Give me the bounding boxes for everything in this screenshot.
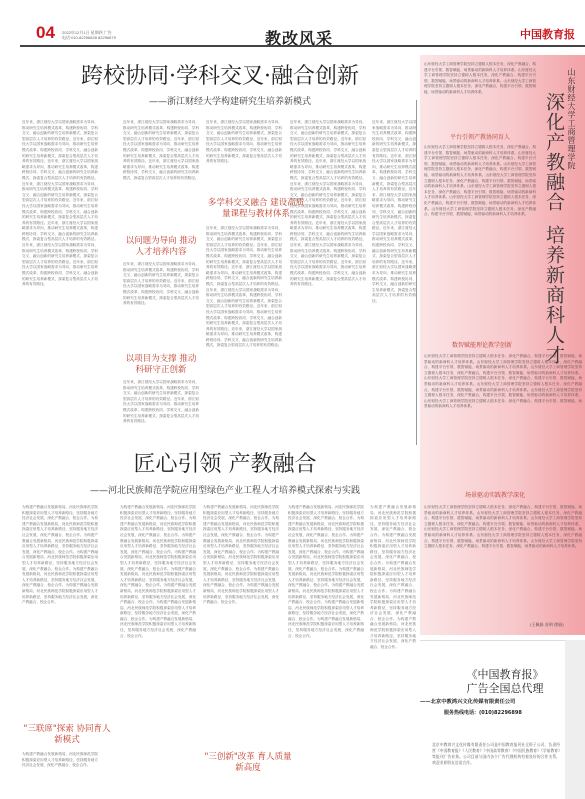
sidebar-col-b: 山东财经大学工商管理学院坚持立德树人根本任务，深化产教融合，构建平台引领、数智赋… xyxy=(424,145,536,315)
article2-col1b: 为构建产教融合发展新格局，河北民族师范学院积极探索应用型人才培养新路径，坚持服务… xyxy=(22,752,98,799)
article1-col2c: 近年来，浙江财经大学以国家战略需求为导向，推动研究生培养模式改革，构建跨校协同、… xyxy=(123,380,199,440)
sidebar-subhead-1: 平台引领产教协同育人 xyxy=(450,132,510,141)
article1-subhead-3: 以项目为支撑 推动科研守正创新 xyxy=(123,354,199,376)
newspaper-logo[interactable]: 中国教育报 xyxy=(520,26,575,42)
sidebar-subhead-3: 场景驱动实践教学深化 xyxy=(465,490,525,499)
article1-title[interactable]: 跨校协同·学科交叉·融合创新 xyxy=(30,64,410,90)
ad-company: ——北京中教鸿兴文化传媒有限责任公司 xyxy=(420,697,570,705)
article2-col5: 为构建产教融合发展新格局，河北民族师范学院积极探索应用型人才培养新路径，坚持服务… xyxy=(370,505,416,799)
ad-phone[interactable]: 服务热线电话：(010)82296898 xyxy=(444,709,522,716)
phone-line: 电话:010-82296828 82296879 xyxy=(62,35,122,40)
article1-subtitle: ——浙江财经大学构建研究生培养新模式 xyxy=(60,96,400,108)
article2-subtitle: ——河北民族师范学院应用型绿色产业工程人才培养模式探索与实践 xyxy=(30,485,420,497)
header-rule-right xyxy=(520,45,585,47)
sidebar-title-2[interactable]: 培养新商科人才 xyxy=(544,225,564,365)
article2-col3a: 为构建产教融合发展新格局，河北民族师范学院积极探索应用型人才培养新路径，坚持服务… xyxy=(203,505,279,725)
article2-col2: 为构建产教融合发展新格局，河北民族师范学院积极探索应用型人才培养新路径，坚持服务… xyxy=(120,505,196,799)
article2-subhead-1: "三联席"探索 协同育人新模式 xyxy=(22,724,112,746)
page-number: 04 xyxy=(36,26,55,40)
ad-title-2: 广告全国总代理 xyxy=(440,680,570,696)
article1-col3b: 近年来，浙江财经大学以国家战略需求为导向，推动研究生培养模式改革，构建跨校协同、… xyxy=(206,226,282,440)
article1-col4: 近年来，浙江财经大学以国家战略需求为导向，推动研究生培养模式改革，构建跨校协同、… xyxy=(290,120,366,440)
article1-col2b: 近年来，浙江财经大学以国家战略需求为导向，推动研究生培养模式改革，构建跨校协同、… xyxy=(123,262,199,342)
article2-col4: 为构建产教融合发展新格局，河北民族师范学院积极探索应用型人才培养新路径，坚持服务… xyxy=(288,505,364,799)
sidebar-col-a: 山东财经大学工商管理学院坚持立德树人根本任务，深化产教融合，构建平台引领、数智赋… xyxy=(424,62,536,132)
article1-col3a: 近年来，浙江财经大学以国家战略需求为导向，推动研究生培养模式改革，构建跨校协同、… xyxy=(206,120,282,190)
article2-title[interactable]: 匠心引领 产教融合 xyxy=(60,452,390,478)
article1-subhead-1: 以问题为导向 推动人才培养内容 xyxy=(123,236,199,258)
sidebar-subhead-2: 数智赋能理论教学创新 xyxy=(452,340,512,349)
sidebar-col-c: 山东财经大学工商管理学院坚持立德树人根本任务，深化产教融合，构建平台引领、数智赋… xyxy=(424,354,582,494)
ad-margin xyxy=(565,640,585,799)
article1-col5: 近年来，浙江财经大学以国家战略需求为导向，推动研究生培养模式改革，构建跨校协同、… xyxy=(372,120,416,440)
header-rule xyxy=(20,45,520,47)
column-divider xyxy=(416,100,417,445)
ad-body: 北京中教鸿兴文化传媒有限责任公司是中国教育报刊社全资子公司，负责经营《中国教育报… xyxy=(432,742,560,782)
article2-col1a: 为构建产教融合发展新格局，河北民族师范学院积极探索应用型人才培养新路径，坚持服务… xyxy=(22,505,98,720)
sidebar-byline: (王佩娟 苏明 徐丽) xyxy=(530,622,564,628)
sidebar-col-d: 山东财经大学工商管理学院坚持立德树人根本任务，深化产教融合，构建平台引领、数智赋… xyxy=(424,505,582,620)
page-meta: 2022年12月1日 星期四 广告 电话:010-82296828 822968… xyxy=(62,30,122,40)
sidebar-college: 山东财经大学工商管理学院 xyxy=(566,68,577,170)
article1-col1: 近年来，浙江财经大学以国家战略需求为导向，推动研究生培养模式改革，构建跨校协同、… xyxy=(22,120,98,440)
sidebar-title-1[interactable]: 深化产教融合 xyxy=(544,92,564,212)
article1-col2a: 近年来，浙江财经大学以国家战略需求为导向，推动研究生培养模式改革，构建跨校协同、… xyxy=(123,120,199,230)
page-header: 04 2022年12月1日 星期四 广告 电话:010-82296828 822… xyxy=(0,0,585,40)
article2-subhead-2: "三创新"改革 育人质量新高度 xyxy=(203,752,293,774)
